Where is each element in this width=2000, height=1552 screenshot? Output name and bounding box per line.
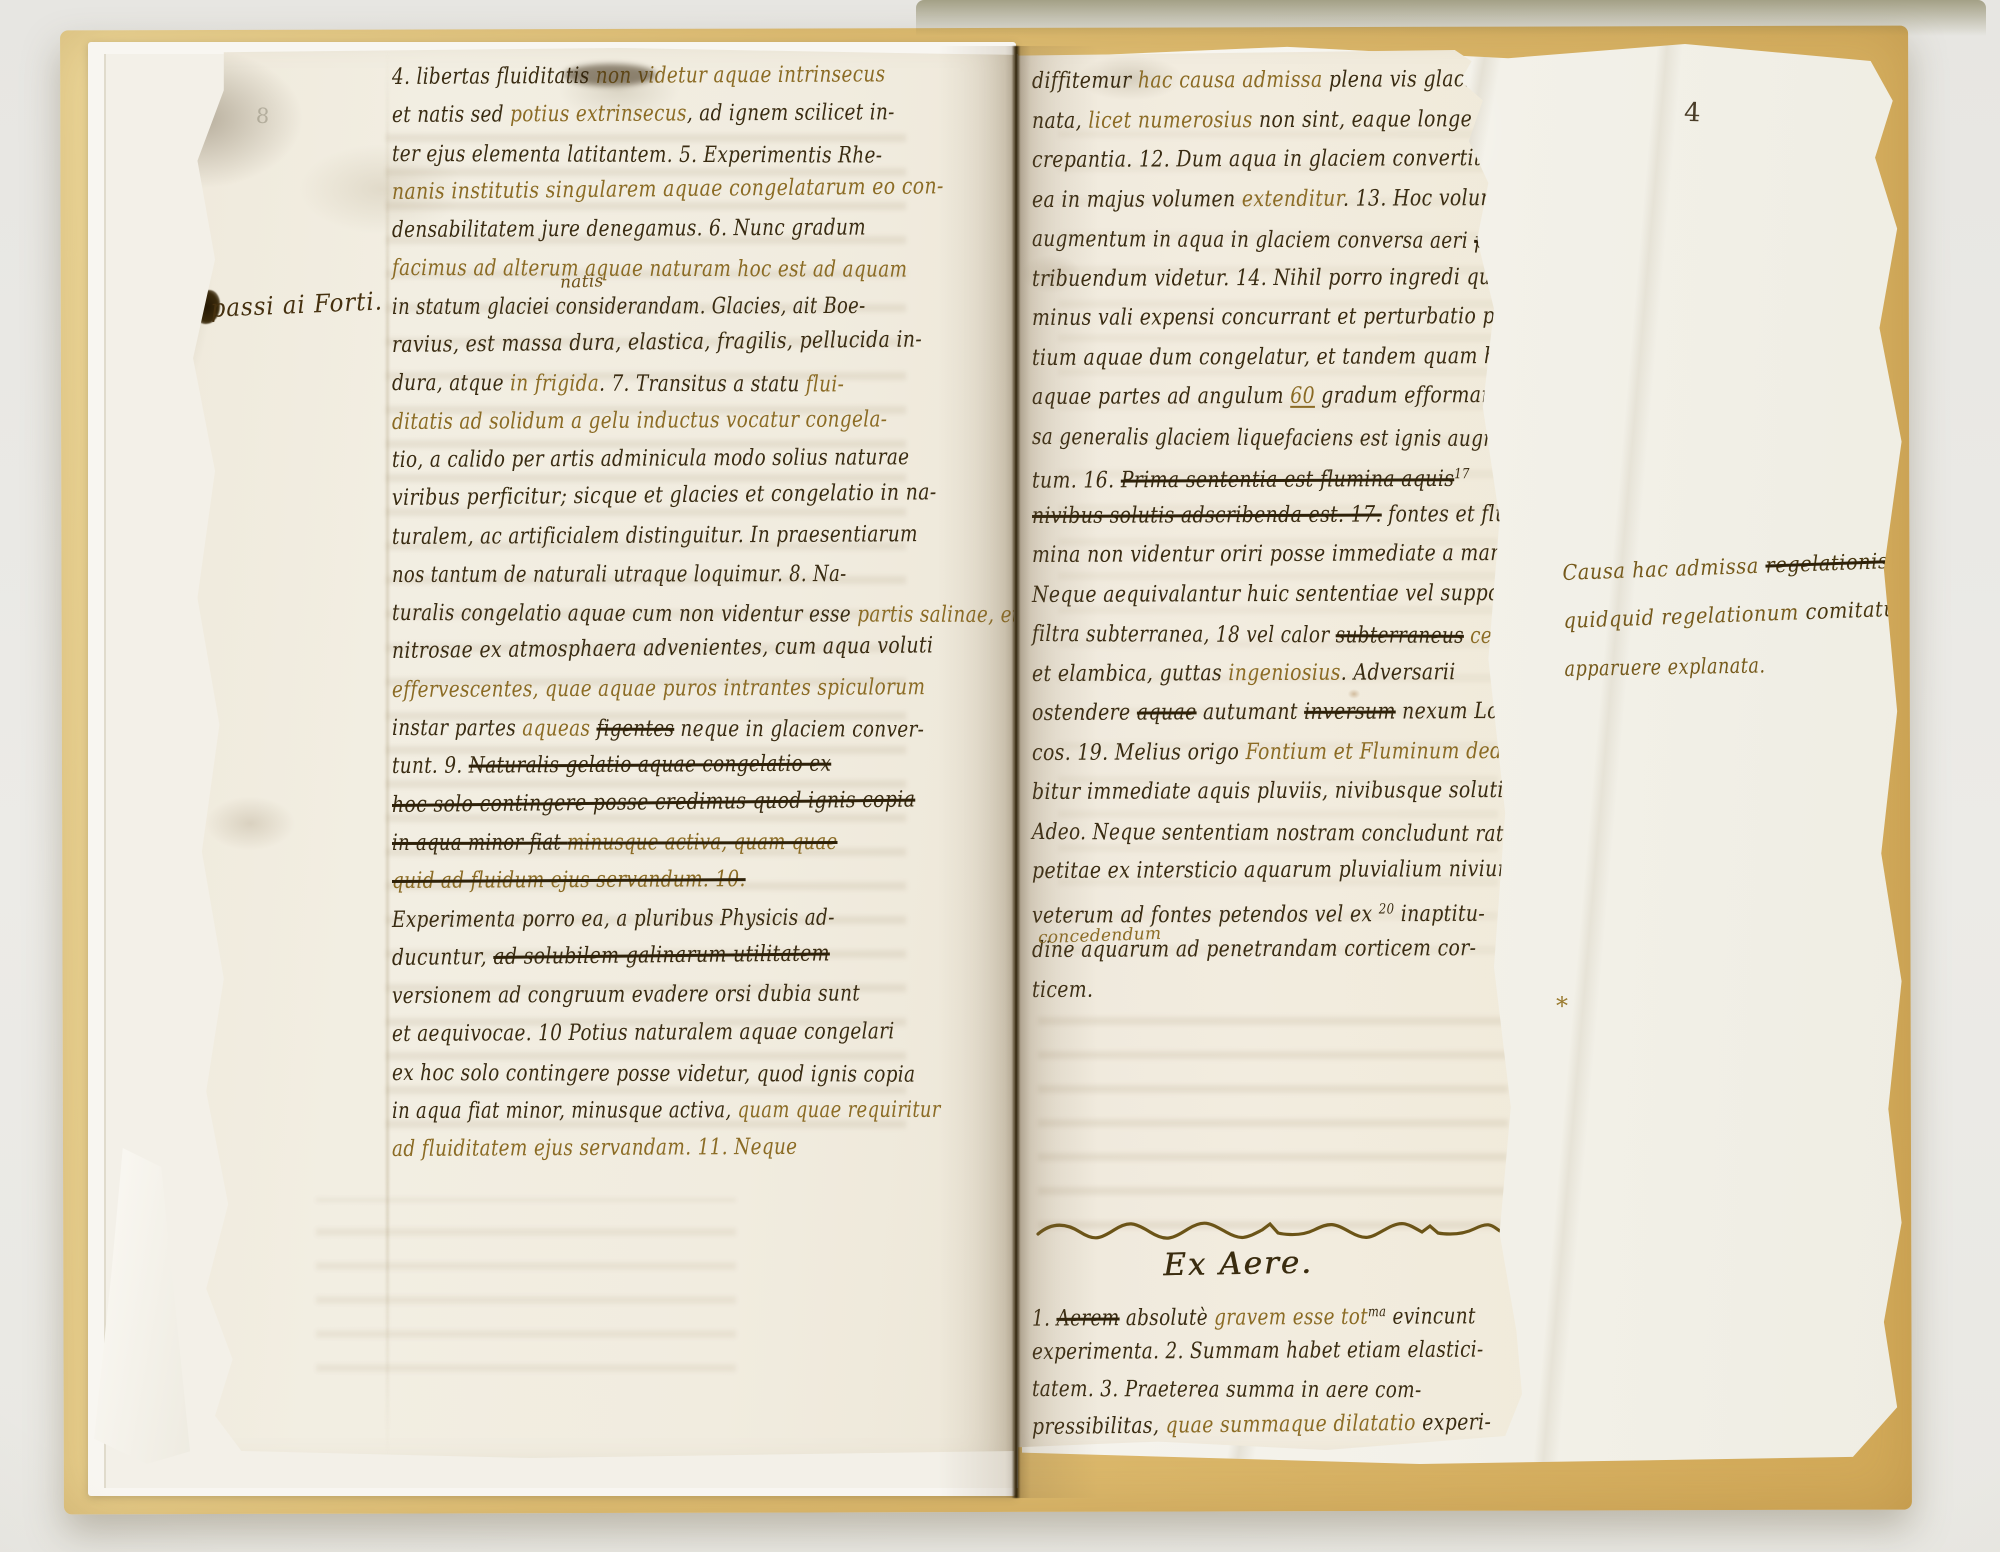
line-segment: ex hoc solo contingere posse videtur, qu… xyxy=(392,1060,915,1088)
line-segment: Adeo. Neque sententiam nostram concludun… xyxy=(1032,819,1555,847)
line-segment: Prima sententia est flumina aquis xyxy=(1121,466,1454,493)
manuscript-line: minus vali expensi concurrant et perturb… xyxy=(1032,297,1435,338)
left-page: 8 i di passi ai Forti. 4. libertas fluid… xyxy=(136,48,1014,1458)
line-segment: augmentum in aqua in glaciem conversa ae… xyxy=(1032,226,1474,254)
manuscript-line: sa generalis glaciem liquefaciens est ig… xyxy=(1032,418,1426,459)
line-segment: quid ad fluidum ejus servandum. 10. xyxy=(392,866,746,894)
manuscript-line: nata, licet numerosius non sint, eaque l… xyxy=(1032,100,1435,141)
line-segment: Fontium et Fluminum deduci- xyxy=(1246,737,1539,764)
manuscript-line: bitur immediate aquis pluviis, nivibusqu… xyxy=(1032,771,1435,812)
line-segment: extenditur xyxy=(1242,185,1343,211)
line-segment: nata, xyxy=(1032,107,1088,133)
manuscript-line: aquae partes ad angulum 60 gradum efform… xyxy=(1032,376,1435,417)
manuscript-line: nos tantum de naturali utraque loquimur.… xyxy=(392,555,736,594)
line-segment: tribuendum videtur. 14. Nihil porro ingr… xyxy=(1032,264,1510,292)
line-segment: viribus perficitur; sicque et glacies et… xyxy=(392,480,937,512)
manuscript-line: turalis congelatio aquae cum non videntu… xyxy=(392,594,745,633)
line-segment: . 7. Transitus a statu xyxy=(599,371,806,398)
line-segment: in aqua minor fiat xyxy=(392,830,567,856)
manuscript-line: apparuere explanata. xyxy=(1564,641,1860,694)
line-segment: Causa hac admissa xyxy=(1562,554,1766,586)
line-segment: turalis congelatio aquae cum non videntu… xyxy=(392,600,857,627)
line-segment: ingeniosius xyxy=(1228,659,1340,685)
line-segment: nos tantum de naturali utraque loquimur.… xyxy=(392,561,847,588)
line-segment: ravius, est massa dura, elastica, fragil… xyxy=(392,327,922,359)
right-page-text-lower: 1. Aerem absolutè gravem esse totma evin… xyxy=(1032,1296,1512,1446)
line-segment: gravem esse tot xyxy=(1214,1304,1368,1331)
manuscript-line: cos. 19. Melius origo Fontium et Fluminu… xyxy=(1032,732,1435,773)
line-segment: et natis sed xyxy=(392,102,510,129)
gutter xyxy=(1012,46,1020,1498)
manuscript-line: tribuendum videtur. 14. Nihil porro ingr… xyxy=(1032,258,1435,299)
line-segment: flui- xyxy=(806,372,844,398)
right-page-text-upper: diffitemur hac causa admissa plena vis g… xyxy=(1032,62,1512,1010)
manuscript-line: tunt. 9. Naturalis gelatio aquae congela… xyxy=(392,745,745,785)
manuscript-line: crepantia. 12. Dum aqua in glaciem conve… xyxy=(1032,139,1435,180)
manuscript-line: ad fluiditatem ejus servandam. 11. Neque xyxy=(392,1128,745,1168)
faint-numeral: 8 xyxy=(255,104,270,129)
line-segment: 20 xyxy=(1379,901,1395,917)
line-segment: mina non videntur oriri posse immediate … xyxy=(1032,540,1550,568)
line-segment: instar partes xyxy=(392,715,522,741)
line-segment: potius extrinsecus xyxy=(510,101,687,128)
bleedthrough-ghost xyxy=(316,1198,736,1398)
line-segment: dura, atque xyxy=(392,370,510,396)
manuscript-line: pressibilitas, quae summaque dilatatio e… xyxy=(1032,1404,1435,1446)
line-segment: regelationis xyxy=(1765,549,1889,578)
manuscript-line: tum. 16. Prima sententia est flumina aqu… xyxy=(1032,455,1435,496)
line-segment: ostendere xyxy=(1032,700,1137,726)
line-segment: licet numerosius xyxy=(1088,107,1252,134)
line-segment: figentes xyxy=(596,716,674,742)
line-segment: turalem, ac artificialem distinguitur. I… xyxy=(392,521,918,550)
line-segment: hoc solo contingere posse credimus quod … xyxy=(392,786,915,817)
line-segment: ducuntur, xyxy=(392,944,493,971)
manuscript-line: densabilitatem jure denegamus. 6. Nunc g… xyxy=(392,209,745,249)
manuscript-line: augmentum in aqua in glaciem conversa ae… xyxy=(1032,220,1426,261)
line-segment: facimus ad alterum aquae naturam hoc est… xyxy=(392,255,907,283)
line-segment: pressibilitas, xyxy=(1032,1412,1166,1439)
line-segment: versionem ad congruum evadere orsi dubia… xyxy=(392,981,860,1009)
line-segment: 1. xyxy=(1032,1306,1057,1332)
manuscript-line: tio, a calido per artis adminicula modo … xyxy=(392,439,745,479)
line-segment: tunt. 9. xyxy=(392,753,469,779)
line-segment: et elambica, guttas xyxy=(1032,660,1228,687)
manuscript-line: et elambica, guttas ingeniosius. Adversa… xyxy=(1032,653,1435,694)
line-segment: 17 xyxy=(1454,466,1470,482)
line-segment: subterraneus xyxy=(1336,622,1464,649)
manuscript-line: ditatis ad solidum a gelu inductus vocat… xyxy=(392,401,745,441)
line-segment: hac causa admissa xyxy=(1138,67,1323,94)
line-segment: in statum glaciei considerandam. Glacies… xyxy=(392,293,866,320)
line-segment: ticem. xyxy=(1032,976,1093,1002)
manuscript-line: Experimenta porro ea, a pluribus Physici… xyxy=(392,899,745,939)
manuscript-line: veterum ad fontes petendos vel ex 20 ina… xyxy=(1032,890,1435,931)
manuscript-line: mina non videntur oriri posse immediate … xyxy=(1032,534,1435,575)
manuscript-line: ea in majus volumen extenditur. 13. Hoc … xyxy=(1032,179,1435,220)
line-segment: petitae ex intersticio aquarum pluvialiu… xyxy=(1032,856,1552,884)
manuscript-line: ducuntur, ad solubilem galinarum utilita… xyxy=(392,935,753,977)
line-segment: ma xyxy=(1368,1304,1386,1320)
margin-note-right: Causa hac admissa regelationisquidquid r… xyxy=(1562,542,1925,694)
line-segment: veterum ad fontes petendos vel ex xyxy=(1032,901,1379,928)
line-segment: Experimenta porro ea, a pluribus Physici… xyxy=(392,904,835,932)
manuscript-line: ex hoc solo contingere posse videtur, qu… xyxy=(392,1054,745,1093)
line-segment: densabilitatem jure denegamus. 6. Nunc g… xyxy=(392,215,866,244)
manuscript-line: effervescentes, quae aquae puros intrant… xyxy=(392,669,745,709)
manuscript-line: ravius, est massa dura, elastica, fragil… xyxy=(392,322,753,364)
interlinear-word: natis xyxy=(560,271,604,293)
line-segment: fontes et flu- xyxy=(1382,500,1515,527)
line-segment: nivibus solutis adscribenda est. 17. xyxy=(1032,501,1382,528)
manuscript-line: diffitemur hac causa admissa plena vis g… xyxy=(1032,60,1435,101)
line-segment: crepantia. 12. Dum aqua in glaciem conve… xyxy=(1032,145,1504,173)
manuscript-line: filtra subterranea, 18 vel calor subterr… xyxy=(1032,615,1426,656)
ink-smudge xyxy=(564,64,656,86)
manuscript-line: ticem. xyxy=(1032,969,1435,1010)
manuscript-line: quid ad fluidum ejus servandum. 10. xyxy=(392,860,745,900)
line-segment: bitur immediate aquis pluviis, nivibusqu… xyxy=(1032,777,1520,805)
manuscript-line: nivibus solutis adscribenda est. 17. fon… xyxy=(1032,495,1435,536)
manuscript-line: hoc solo contingere posse credimus quod … xyxy=(392,782,753,824)
line-segment: absolutè xyxy=(1120,1305,1215,1332)
line-segment: , ad ignem scilicet in- xyxy=(687,100,895,127)
line-segment: 60 xyxy=(1290,383,1315,409)
page-number: 4 xyxy=(1683,98,1701,129)
line-segment: effervescentes, quae aquae puros intrant… xyxy=(392,674,925,703)
line-segment: quae summaque dilatatio xyxy=(1166,1410,1416,1439)
line-segment: quidquid regelationum xyxy=(1563,600,1806,634)
manuscript-line: 1. Aerem absolutè gravem esse totma evin… xyxy=(1032,1294,1426,1334)
left-page-text: 4. libertas fluiditatis non videtur aqua… xyxy=(392,58,822,1169)
line-segment: nanis institutis singularem aquae congel… xyxy=(392,173,944,205)
manuscript-line: dura, atque in frigida. 7. Transitus a s… xyxy=(392,364,745,403)
line-segment: apparuere explanata. xyxy=(1564,653,1765,682)
line-segment: inaptitu- xyxy=(1394,900,1485,926)
line-segment: . Adversarii xyxy=(1341,659,1456,685)
line-segment: ad solubilem galinarum utilitatem xyxy=(493,940,830,969)
line-segment: autumant xyxy=(1197,699,1305,725)
manuscript-line: et natis sed potius extrinsecus, ad igne… xyxy=(392,94,745,134)
line-segment: Aerem xyxy=(1056,1305,1119,1331)
line-segment: tium aquae dum congelatur, et tandem qua… xyxy=(1032,342,1553,370)
line-segment: sa generalis glaciem liquefaciens est ig… xyxy=(1032,424,1531,452)
manuscript-line: experimenta. 2. Summam habet etiam elast… xyxy=(1032,1331,1426,1371)
line-segment: Neque aequivalantur huic sententiae vel … xyxy=(1032,579,1536,607)
manuscript-line: viribus perficitur; sicque et glacies et… xyxy=(392,476,753,518)
manuscript-line: Adeo. Neque sententiam nostram concludun… xyxy=(1032,813,1426,854)
line-segment: filtra subterranea, 18 vel calor xyxy=(1032,621,1336,648)
manuscript-line: ter ejus elementa latitantem. 5. Experim… xyxy=(392,135,745,174)
section-heading-ex-aere: Ex Aere. xyxy=(1018,1242,1459,1286)
line-segment: tio, a calido per artis adminicula modo … xyxy=(392,444,909,473)
manuscript-line: in aqua minor fiat minusque activa, quam… xyxy=(392,823,736,862)
wavy-divider xyxy=(1034,1218,1504,1244)
line-segment: cos. 19. Melius origo xyxy=(1032,739,1246,766)
line-segment: quam quae requiritur xyxy=(738,1097,941,1123)
line-segment: evincunt xyxy=(1386,1303,1476,1329)
manuscript-line: turalem, ac artificialem distinguitur. I… xyxy=(392,516,745,556)
line-segment: diffitemur xyxy=(1032,68,1138,94)
manuscript-line: nitrosae ex atmosphaera advenientes, cum… xyxy=(392,629,753,671)
line-segment: nexum Lo- xyxy=(1396,698,1506,724)
line-segment: et aequivocae. 10 Potius naturalem aquae… xyxy=(392,1019,895,1048)
manuscript-line: tium aquae dum congelatur, et tandem qua… xyxy=(1032,337,1435,378)
line-segment: inversum xyxy=(1304,698,1396,724)
manuscript-line: nanis institutis singularem aquae congel… xyxy=(392,169,753,211)
line-segment: neque in glaciem conver- xyxy=(674,716,924,743)
manuscript-photo: 4 Causa hac admissa regelationisquidquid… xyxy=(0,0,2000,1552)
line-segment: aquae partes ad angulum xyxy=(1032,383,1290,410)
line-segment: aqueas xyxy=(522,715,596,741)
manuscript-line: in statum glaciei considerandam. Glacies… xyxy=(392,287,736,326)
line-segment: partis salinae, et xyxy=(857,602,1019,629)
manuscript-line: ostendere aquae autumant inversum nexum … xyxy=(1032,692,1435,733)
line-segment: tatem. 3. Praeterea summa in aere com- xyxy=(1032,1376,1422,1403)
line-segment: ditatis ad solidum a gelu inductus vocat… xyxy=(392,406,887,435)
line-segment: nitrosae ex atmosphaera advenientes, cum… xyxy=(392,633,933,665)
line-segment: minus vali expensi concurrant et perturb… xyxy=(1032,303,1523,331)
line-segment: aquae xyxy=(1137,699,1197,725)
manuscript-line: instar partes aqueas figentes neque in g… xyxy=(392,709,745,748)
manuscript-line: Neque aequivalantur huic sententiae vel … xyxy=(1032,574,1435,615)
line-segment: experi- xyxy=(1416,1409,1491,1436)
line-segment: Naturalis gelatio aquae congelatio ex xyxy=(469,751,832,779)
manuscript-line: versionem ad congruum evadere orsi dubia… xyxy=(392,975,745,1015)
line-segment: minusque activa, quam quae xyxy=(567,829,837,856)
line-segment: experimenta. 2. Summam habet etiam elast… xyxy=(1032,1336,1484,1364)
line-segment: tum. 16. xyxy=(1032,467,1121,493)
cover-top-edge xyxy=(916,0,1986,36)
line-segment: ad fluiditatem ejus servandam. 11. Neque xyxy=(392,1134,798,1162)
line-segment: in frigida xyxy=(510,371,599,397)
manuscript-line: et aequivocae. 10 Potius naturalem aquae… xyxy=(392,1014,745,1054)
manuscript-line: in aqua fiat minor, minusque activa, qua… xyxy=(392,1091,736,1130)
line-segment: ea in majus volumen xyxy=(1032,186,1242,213)
manuscript-line: petitae ex intersticio aquarum pluvialiu… xyxy=(1032,850,1435,891)
asterisk-mark: * xyxy=(1556,992,1568,1020)
line-segment: in aqua fiat minor, minusque activa, xyxy=(392,1097,738,1124)
manuscript-line: tatem. 3. Praeterea summa in aere com- xyxy=(1032,1371,1426,1410)
line-segment: ter ejus elementa latitantem. 5. Experim… xyxy=(392,141,882,169)
